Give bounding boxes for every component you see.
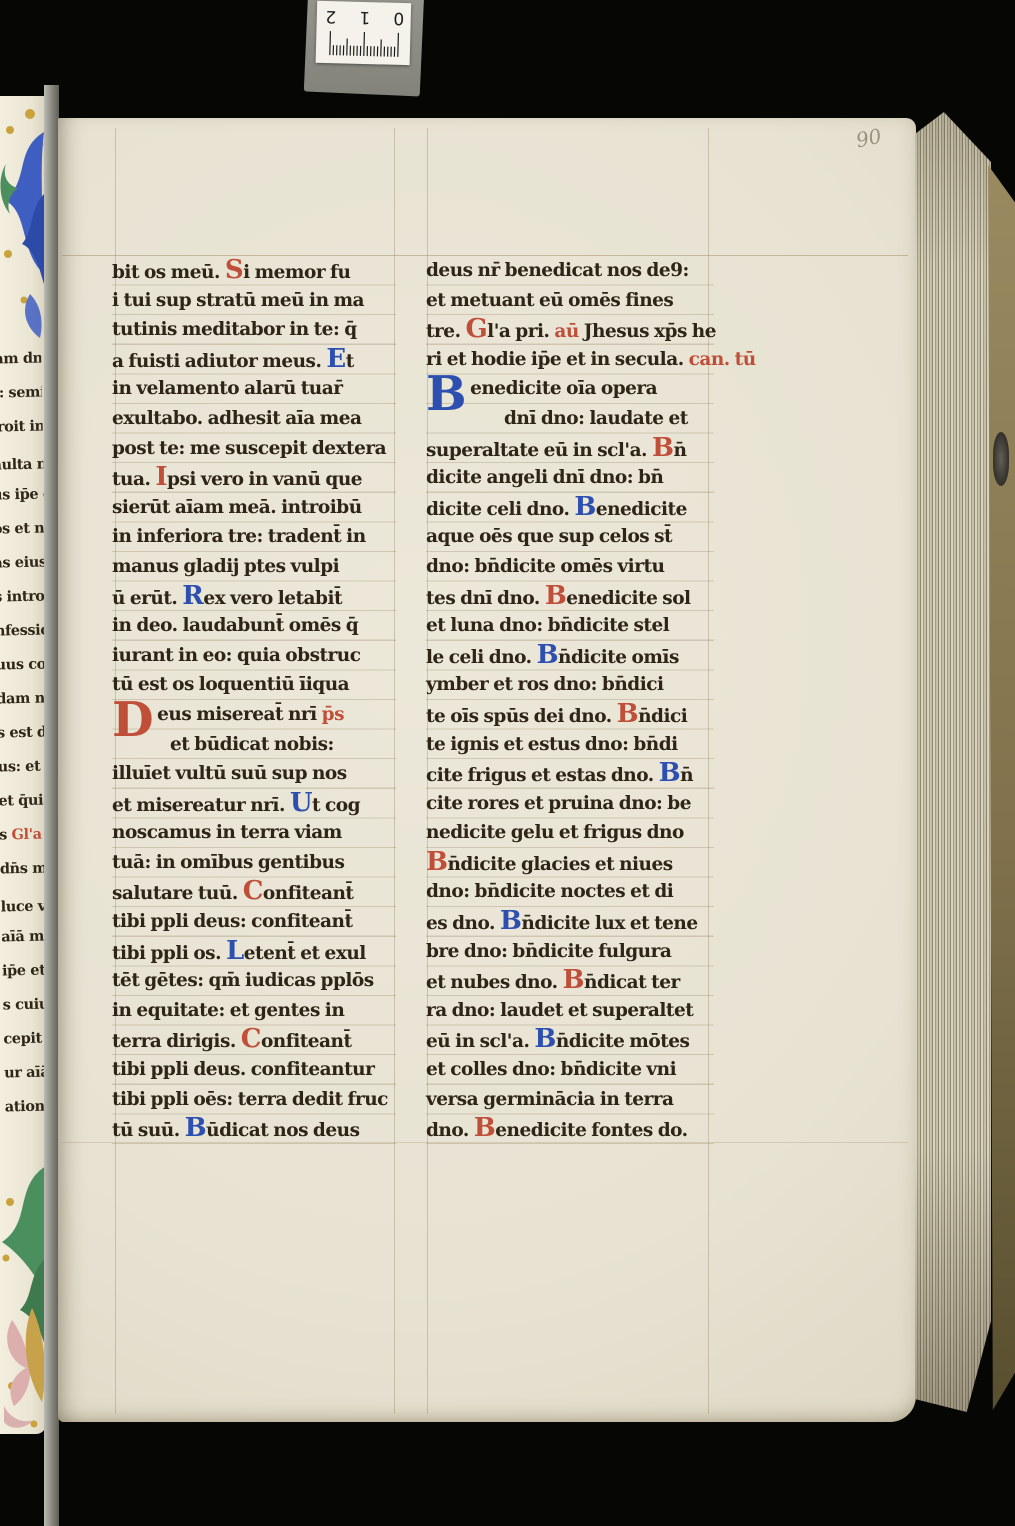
text-run: os et nō iu xyxy=(0,519,45,538)
rubric-text: p̄s xyxy=(322,704,344,725)
text-run: dam nomīn xyxy=(0,689,46,708)
manuscript-text-line: as eius et q̄ xyxy=(0,545,46,580)
manuscript-text-line: bre dno: bn̄dicite fulgura xyxy=(426,937,714,967)
illuminated-border-bottom xyxy=(0,1138,46,1434)
text-run: n̄dici xyxy=(638,706,687,727)
fore-edge-pages xyxy=(915,112,991,1412)
pen-flourished-initial: B xyxy=(652,433,673,463)
text-run: sierūt aīam meā. introibū xyxy=(112,497,362,518)
text-run: n̄dicat ter xyxy=(584,972,680,993)
pen-flourished-initial: L xyxy=(226,936,244,966)
manuscript-text-line: dno: bn̄dicite omēs virtu xyxy=(426,552,714,582)
manuscript-text-line: Deus misereat̄ nrī p̄s xyxy=(112,700,396,730)
manuscript-text-line: et luna dno: bn̄dicite stel xyxy=(426,611,714,641)
manuscript-text-line: ra dno: laudet et superaltet xyxy=(426,996,714,1026)
manuscript-text-line: s Gl'a pri xyxy=(0,817,46,852)
text-run: i memor fu xyxy=(243,262,350,283)
manuscript-text-line: nedicite gelu et frigus dno xyxy=(426,818,714,848)
manuscript-text-line: noscamus in terra viam xyxy=(112,818,396,848)
text-run: dno: bn̄dicite omēs virtu xyxy=(426,556,664,577)
manuscript-text-line: tū est os loquentiū īiqua xyxy=(112,670,396,700)
text-run: tēt gētes: qm̄ iudicas pplōs xyxy=(112,970,374,991)
manuscript-text-line: cepit is p̄ xyxy=(3,1021,46,1056)
text-run: et misereatur nrī. xyxy=(112,795,290,816)
text-run: terra dirigis. xyxy=(112,1031,241,1052)
manuscript-text-line: tibi ppli deus: confiteant̄ xyxy=(112,907,396,937)
text-run: et metuant eū omēs fines xyxy=(426,290,673,311)
ruler-tab: 2 1 0 xyxy=(304,0,424,96)
text-run: ur aīā mea: r xyxy=(4,1062,46,1081)
text-run: et colles dno: bn̄dicite vni xyxy=(426,1059,676,1080)
text-run: in deo. laudabunt̄ omēs q̄ xyxy=(112,615,358,636)
text-column-left: bit os meū. Si memor fui tui sup stratū … xyxy=(112,256,396,1144)
manuscript-text-line: illuīet vultū suū sup nos xyxy=(112,759,396,789)
manuscript-text-line: iurant in eo: quia obstruc xyxy=(112,641,396,671)
text-run: te oīs spūs dei dno. xyxy=(426,706,617,727)
manuscript-text-line: dicite angeli dnī dno: bn̄ xyxy=(426,463,714,493)
text-run: a fuisti adiutor meus. xyxy=(112,351,326,372)
manuscript-text-line: deus nr̄ benedicat nos de9: xyxy=(426,256,714,286)
manuscript-text-line: ū erūt. Rex vero letabit̄ xyxy=(112,582,396,612)
pen-flourished-initial: U xyxy=(290,788,312,818)
measurement-ruler: 2 1 0 xyxy=(316,1,412,65)
text-run: n̄dicite glacies et niues xyxy=(447,854,672,875)
manuscript-text-line: sierūt aīam meā. introibū xyxy=(112,493,396,523)
manuscript-text-line: es dno. Bn̄dicite lux et tene xyxy=(426,907,714,937)
text-run: et luna dno: bn̄dicite stel xyxy=(426,615,669,636)
ruler-number: 2 xyxy=(325,6,336,26)
text-run: ūdicat nos deus xyxy=(206,1120,359,1141)
manuscript-text-line: ymber et ros dno: bn̄dici xyxy=(426,670,714,700)
manuscript-text-line: ationis laude xyxy=(4,1089,46,1124)
rubric-text: can. tū xyxy=(689,349,756,370)
text-run: te ignis et estus dno: bn̄di xyxy=(426,734,678,755)
manuscript-text-line: et colles dno: bn̄dicite vni xyxy=(426,1055,714,1085)
manuscript-text-line: le celi dno. Bn̄dicite omīs xyxy=(426,641,714,671)
manuscript-text-line: post te: me suscepit dextera xyxy=(112,434,396,464)
ruler-scale: 2 1 0 xyxy=(316,1,412,65)
pen-flourished-initial: B xyxy=(545,581,566,611)
manuscript-text-line: s est dn̄s m̄ xyxy=(0,715,46,750)
text-run: tre. xyxy=(426,321,465,342)
manuscript-text-line: ūs ip̄e est: b xyxy=(0,478,44,513)
manuscript-text-line: dno: bn̄dicite noctes et di xyxy=(426,877,714,907)
manuscript-text-line: a fuisti adiutor meus. Et xyxy=(112,345,396,375)
text-run: tuā: in omībus gentibus xyxy=(112,852,344,873)
text-run: us: et uult̄ xyxy=(0,757,46,776)
text-run: as eius et q̄ xyxy=(0,553,46,572)
text-run: tua. xyxy=(112,469,155,490)
text-run: onfiteant̄ xyxy=(263,883,354,904)
manuscript-text-line: cite frigus et estas dno. Bn̄ xyxy=(426,759,714,789)
text-run: i tui sup stratū meū in ma xyxy=(112,290,364,311)
manuscript-text-line: uus confitē xyxy=(0,647,46,682)
manuscript-text-line: Benedicite oīa opera xyxy=(426,374,714,404)
pen-flourished-initial: G xyxy=(465,314,487,344)
manuscript-text-line: et nubes dno. Bn̄dicat ter xyxy=(426,966,714,996)
text-run: tibi ppli deus. confiteantur xyxy=(112,1059,374,1080)
text-run: n̄dicite omīs xyxy=(558,647,679,668)
manuscript-text-line: bit os meū. Si memor fu xyxy=(112,256,396,286)
manuscript-text-line: in inferiora tre: tradent̄ in xyxy=(112,522,396,552)
pen-flourished-initial: B xyxy=(426,847,447,877)
manuscript-text-line: in velamento alarū tuar̄ xyxy=(112,374,396,404)
text-column-right: deus nr̄ benedicat nos de9:et metuant eū… xyxy=(426,256,714,1144)
pen-flourished-initial: E xyxy=(326,344,345,374)
manuscript-text-line: aīā mea: q̄m xyxy=(1,919,46,954)
text-run: s cuius et q xyxy=(3,995,46,1014)
text-run: salutare tuū. xyxy=(112,883,243,904)
text-run: ū erūt. xyxy=(112,588,182,609)
manuscript-text-line: dnī dno: laudate et xyxy=(426,404,714,434)
illuminated-border-top xyxy=(0,104,46,340)
manuscript-text-line: tua. Ipsi vero in vanū que xyxy=(112,463,396,493)
text-run: et q̄uia nōit xyxy=(0,791,46,810)
manuscript-text-line: tēt gētes: qm̄ iudicas pplōs xyxy=(112,966,396,996)
manuscript-text-line: us: et uult̄ xyxy=(0,749,46,784)
text-run: s introit pō xyxy=(0,587,46,606)
manuscript-text-line: tibi ppli oēs: terra dedit fruc xyxy=(112,1085,396,1115)
photo-background: lam dnō q̄a: semit dn̄troit in fin̄nulta… xyxy=(0,0,1015,1526)
text-run: noscamus in terra viam xyxy=(112,822,342,843)
text-run: tū suū. xyxy=(112,1120,185,1141)
facing-page-strip: lam dnō q̄a: semit dn̄troit in fin̄nulta… xyxy=(0,96,46,1434)
manuscript-text-line: terra dirigis. Confiteant̄ xyxy=(112,1025,396,1055)
binding-clasp xyxy=(993,432,1009,486)
text-run: superaltate eū in scl'a. xyxy=(426,440,652,461)
manuscript-text-line: tes dnī dno. Benedicite sol xyxy=(426,582,714,612)
text-run: dicite celi dno. xyxy=(426,499,574,520)
ruler-number: 0 xyxy=(393,8,404,28)
manuscript-text-line: et metuant eū omēs fines xyxy=(426,286,714,316)
text-run: enedicite xyxy=(596,499,687,520)
text-run: manus gladij ptes vulpi xyxy=(112,556,339,577)
manuscript-text-line: a: semit dn̄ xyxy=(0,376,42,411)
pen-flourished-initial: B xyxy=(537,640,558,670)
pen-flourished-initial: B xyxy=(574,492,595,522)
pen-flourished-initial: B xyxy=(617,699,638,729)
text-run: iurant in eo: quia obstruc xyxy=(112,645,361,666)
text-run: nulta non̄ xyxy=(0,455,44,474)
text-run: tibi ppli deus: confiteant̄ xyxy=(112,911,353,932)
text-run: et būdicat nobis: xyxy=(170,734,334,755)
text-run: aque oēs que sup celos st̄ xyxy=(426,526,672,547)
text-run: dno: bn̄dicite noctes et di xyxy=(426,881,673,902)
text-run: dicite angeli dnī dno: bn̄ xyxy=(426,467,663,488)
text-run: et nubes dno. xyxy=(426,972,563,993)
manuscript-text-line: cite rores et pruina dno: be xyxy=(426,789,714,819)
text-run: tes dnī dno. xyxy=(426,588,545,609)
manuscript-text-line: i tui sup stratū meū in ma xyxy=(112,286,396,316)
text-run: s est dn̄s m̄ xyxy=(0,723,46,742)
manuscript-text-line: nfessione: et xyxy=(0,613,46,648)
manuscript-text-line: ip̄e et nō s xyxy=(2,953,46,988)
text-run: ationis laude xyxy=(5,1096,46,1115)
manuscript-text-line: ri et hodie ip̄e et in secula. can. tū xyxy=(426,345,714,375)
text-run: ip̄e et nō s xyxy=(2,961,46,980)
pen-flourished-initial: B xyxy=(185,1113,206,1143)
illuminated-drop-cap: B xyxy=(426,372,466,416)
manuscript-text-line: dam nomīn xyxy=(0,681,46,716)
manuscript-text-line: in equitate: et gentes in xyxy=(112,996,396,1026)
text-run: illuīet vultū suū sup nos xyxy=(112,763,347,784)
text-run: ūs ip̄e est: b xyxy=(0,485,44,504)
text-run: dnī dno: laudate et xyxy=(504,408,688,429)
text-run: n̄ xyxy=(680,765,693,786)
text-run: enedicite sol xyxy=(566,588,690,609)
text-run: a: semit dn̄ xyxy=(0,383,42,402)
text-run: eus misereat̄ nrī xyxy=(157,704,322,725)
text-run: tibi ppli os. xyxy=(112,943,226,964)
manuscript-text-line: Bn̄dicite glacies et niues xyxy=(426,848,714,878)
pen-flourished-initial: B xyxy=(659,758,680,788)
pen-flourished-initial: R xyxy=(182,581,203,611)
rubric-text: aū xyxy=(554,321,583,342)
pen-flourished-initial: C xyxy=(241,1024,261,1054)
binding-board xyxy=(988,165,1015,1410)
text-run: Jhesus xp̄s he xyxy=(584,321,716,342)
manuscript-text-line: troit in fin̄ xyxy=(0,410,43,445)
manuscript-text-line: dicite celi dno. Benedicite xyxy=(426,493,714,523)
text-run: n̄dicite lux et tene xyxy=(521,913,697,934)
text-run: n̄ xyxy=(673,440,686,461)
pen-flourished-initial: C xyxy=(243,876,263,906)
text-run: aīā mea: q̄m xyxy=(1,927,46,946)
text-run: bit os meū. xyxy=(112,262,225,283)
illuminated-drop-cap: D xyxy=(112,698,153,742)
text-run: deus nr̄ benedicat nos de9: xyxy=(426,260,689,281)
manuscript-text-line: s introit pō xyxy=(0,579,46,614)
text-run: es dno. xyxy=(426,913,500,934)
text-run: n̄dicite mōtes xyxy=(556,1031,690,1052)
text-run: in velamento alarū tuar̄ xyxy=(112,378,342,399)
manuscript-text-line: versa germinācia in terra xyxy=(426,1085,714,1115)
manuscript-text-line: luce vigl'o ¶ xyxy=(0,885,46,920)
ruler-ticks xyxy=(330,31,399,57)
manuscript-text-line: exultabo. adhesit aīa mea xyxy=(112,404,396,434)
text-run: uus confitē xyxy=(0,655,46,674)
text-run: cite frigus et estas dno. xyxy=(426,765,659,786)
manuscript-text-line: tuā: in omībus gentibus xyxy=(112,848,396,878)
text-run: le celi dno. xyxy=(426,647,537,668)
pen-flourished-initial: B xyxy=(500,906,521,936)
text-run: dno. xyxy=(426,1120,474,1141)
pen-flourished-initial: I xyxy=(155,462,167,492)
pen-flourished-initial: S xyxy=(225,255,243,285)
facing-page-text: lam dnō q̄a: semit dn̄troit in fin̄nulta… xyxy=(0,342,46,1125)
manuscript-text-line: s cuius et q xyxy=(2,987,46,1022)
text-run: tibi ppli oēs: terra dedit fruc xyxy=(112,1089,388,1110)
manuscript-text-line: et q̄uia nōit xyxy=(0,783,46,818)
manuscript-text-line: tutinis meditabor in te: q̄ xyxy=(112,315,396,345)
text-run: ex vero letabit̄ xyxy=(203,588,342,609)
rubric-text: Gl'a pri xyxy=(11,825,46,843)
manuscript-text-line: in deo. laudabunt̄ omēs q̄ xyxy=(112,611,396,641)
manuscript-text-line: superaltate eū in scl'a. Bn̄ xyxy=(426,434,714,464)
manuscript-text-line: os et nō iu xyxy=(0,512,45,547)
pen-flourished-initial: B xyxy=(474,1113,495,1143)
folio-number: 90 xyxy=(854,124,884,153)
manuscript-text-line: tū suū. Būdicat nos deus xyxy=(112,1114,396,1144)
manuscript-text-line: lam dnō q̄ xyxy=(0,342,42,377)
text-run: t cog xyxy=(312,795,360,816)
manuscript-text-line: tibi ppli os. Letent̄ et exul xyxy=(112,937,396,967)
text-run: tutinis meditabor in te: q̄ xyxy=(112,319,357,340)
text-run: troit in fin̄ xyxy=(0,417,43,436)
manuscript-text-line: te ignis et estus dno: bn̄di xyxy=(426,730,714,760)
manuscript-text-line: ur aīā mea: r xyxy=(4,1055,46,1090)
text-run: etent̄ et exul xyxy=(244,943,366,964)
text-run: in inferiora tre: tradent̄ in xyxy=(112,526,366,547)
text-run: eū in scl'a. xyxy=(426,1031,534,1052)
pen-flourished-initial: B xyxy=(534,1024,555,1054)
page-gutter xyxy=(44,85,59,1526)
manuscript-text-line: dn̄s meus: r xyxy=(0,851,46,886)
manuscript-text-line: manus gladij ptes vulpi xyxy=(112,552,396,582)
manuscript-text-line: nulta non̄ ¶ xyxy=(0,444,44,479)
text-run: bre dno: bn̄dicite fulgura xyxy=(426,941,671,962)
text-run: cite rores et pruina dno: be xyxy=(426,793,691,814)
manuscript-text-line: tre. Gl'a pri. aū Jhesus xp̄s he xyxy=(426,315,714,345)
text-run: in equitate: et gentes in xyxy=(112,1000,344,1021)
text-run: dn̄s meus: r xyxy=(0,859,46,878)
text-run: nfessione: et xyxy=(0,621,46,640)
manuscript-text-line: dno. Benedicite fontes do. xyxy=(426,1114,714,1144)
manuscript-text-line: et misereatur nrī. Ut cog xyxy=(112,789,396,819)
ruler-number: 1 xyxy=(359,7,370,27)
manuscript-text-line: et būdicat nobis: xyxy=(112,730,396,760)
pen-flourished-initial: B xyxy=(563,965,584,995)
text-run: onfiteant̄ xyxy=(261,1031,352,1052)
text-run: enedicite fontes do. xyxy=(495,1120,687,1141)
text-run: nedicite gelu et frigus dno xyxy=(426,822,684,843)
text-run: s xyxy=(0,826,12,843)
text-run: lam dnō q̄ xyxy=(0,349,42,368)
text-run: luce vigl'o xyxy=(0,897,46,916)
manuscript-text-line: tibi ppli deus. confiteantur xyxy=(112,1055,396,1085)
manuscript-text-line: te oīs spūs dei dno. Bn̄dici xyxy=(426,700,714,730)
manuscript-page: bit os meū. Si memor fui tui sup stratū … xyxy=(58,118,916,1422)
text-run: ra dno: laudet et superaltet xyxy=(426,1000,693,1021)
manuscript-text-line: eū in scl'a. Bn̄dicite mōtes xyxy=(426,1025,714,1055)
text-run: versa germinācia in terra xyxy=(426,1089,674,1110)
text-run: l'a pri. xyxy=(487,321,554,342)
manuscript-text-line: salutare tuū. Confiteant̄ xyxy=(112,877,396,907)
text-run: cepit is p̄ xyxy=(3,1029,46,1047)
text-run: t xyxy=(346,351,354,372)
text-run: exultabo. adhesit aīa mea xyxy=(112,408,362,429)
text-run: enedicite oīa opera xyxy=(470,378,657,399)
text-run: ymber et ros dno: bn̄dici xyxy=(426,674,664,695)
text-run: psi vero in vanū que xyxy=(167,469,362,490)
manuscript-text-line: aque oēs que sup celos st̄ xyxy=(426,522,714,552)
text-run: post te: me suscepit dextera xyxy=(112,438,386,459)
